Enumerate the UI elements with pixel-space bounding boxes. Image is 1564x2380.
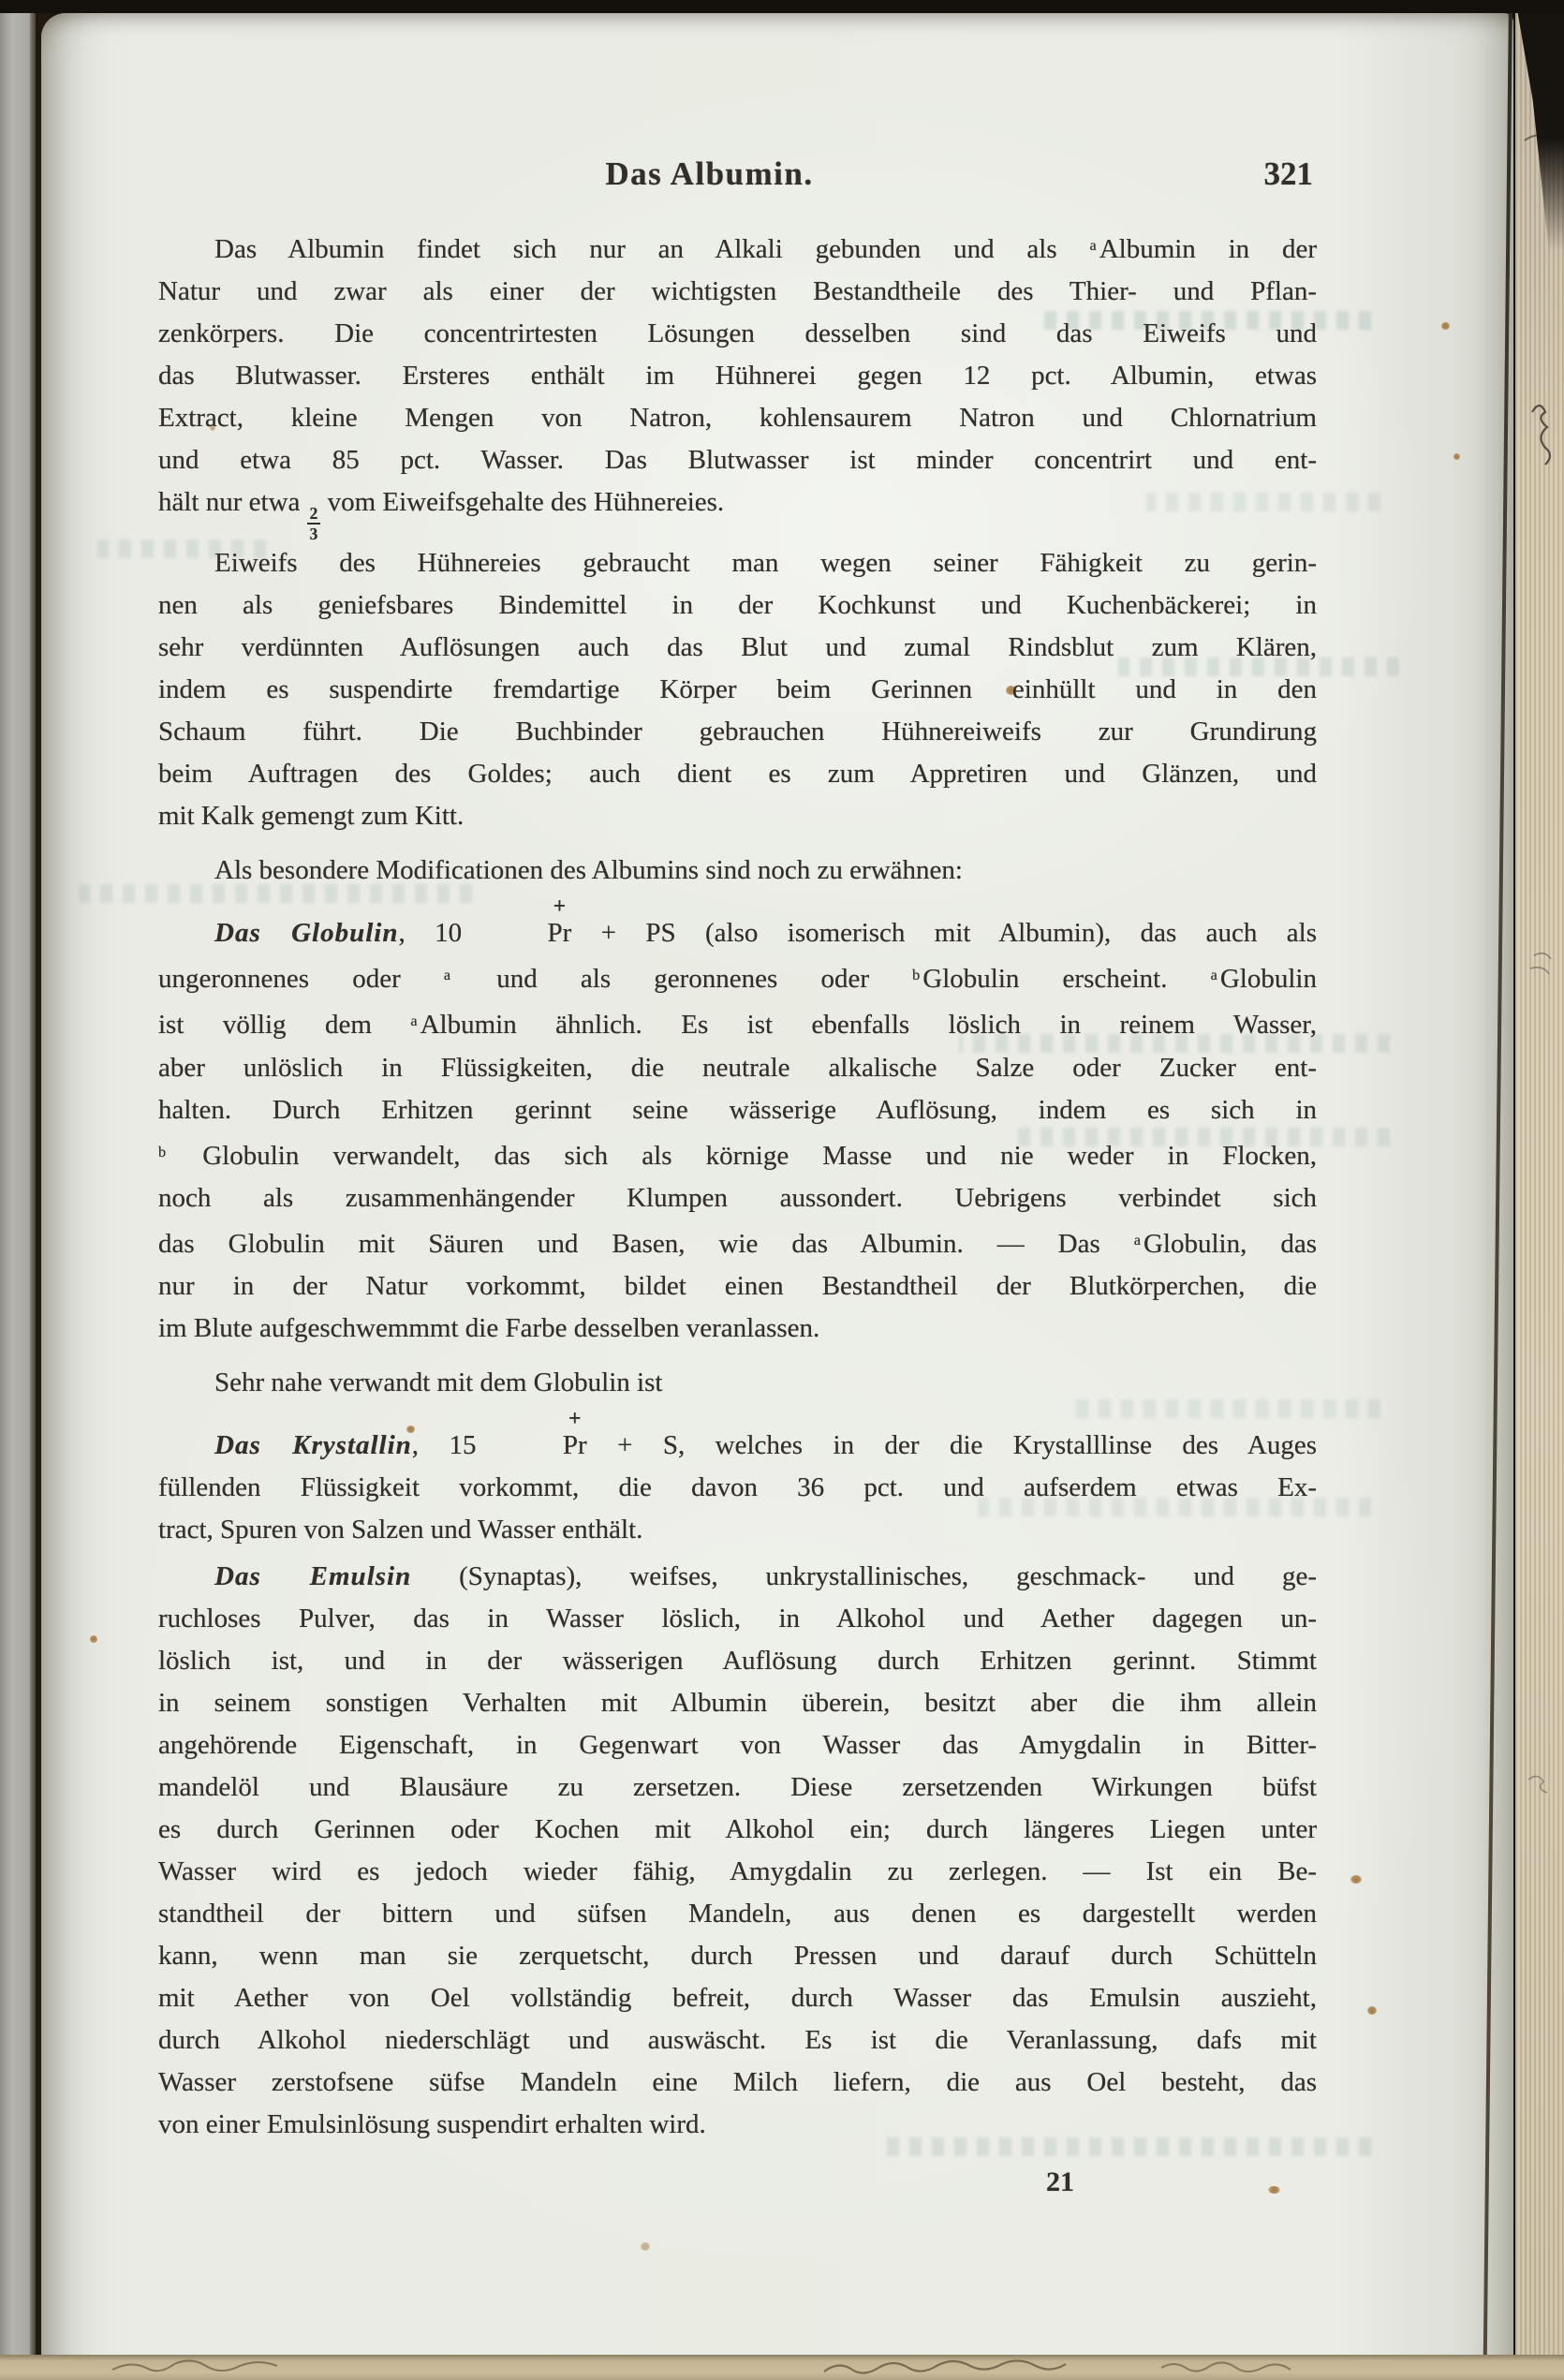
- text-line: in seinem sonstigen Verhalten mit Albumi…: [158, 1682, 1317, 1724]
- para-modifications-lead: Als besondere Modificationen des Albumin…: [158, 850, 1317, 892]
- book-scan-page: Das Albumin. 321 Das Albumin findet sich…: [0, 0, 1564, 2380]
- text-line: es durch Gerinnen oder Kochen mit Alkoho…: [158, 1809, 1317, 1851]
- foxing-spot: [1350, 1875, 1362, 1884]
- page-edge-stack: [1515, 0, 1564, 2380]
- term-lead-in: Das Globulin: [214, 918, 398, 948]
- superscript-letter: a: [410, 1013, 417, 1029]
- text-line: beim Auftragen des Goldes; auch dient es…: [158, 753, 1317, 795]
- handwriting-marks: [0, 2355, 1564, 2380]
- text-line: indem es suspendirte fremdartige Körper …: [158, 669, 1317, 711]
- running-head: Das Albumin. 321: [158, 155, 1317, 200]
- fraction: 23: [307, 505, 321, 543]
- text-line: tract, Spuren von Salzen und Wasser enth…: [158, 1509, 1317, 1551]
- para-eiweiss-uses: Eiweifs des Hühnereies gebraucht man weg…: [158, 542, 1317, 837]
- text-line: angehörende Eigenschaft, in Gegenwart vo…: [158, 1724, 1317, 1767]
- text-line: Eiweifs des Hühnereies gebraucht man weg…: [158, 542, 1317, 584]
- text-line: standtheil der bittern und süfsen Mandel…: [158, 1893, 1317, 1935]
- foxing-spot: [90, 1635, 97, 1643]
- superscript-letter: a: [444, 967, 450, 983]
- para-globulin: Das Globulin, 10 +Pr + PS (also isomeris…: [158, 912, 1317, 1349]
- text-block: Das Albumin. 321 Das Albumin findet sich…: [158, 13, 1317, 2380]
- text-line: Natur und zwar als einer der wichtigsten…: [158, 271, 1317, 313]
- text-line: b Globulin verwandelt, das sich als körn…: [158, 1131, 1317, 1177]
- page-number: 321: [1264, 155, 1314, 193]
- text-line: Sehr nahe verwandt mit dem Globulin ist: [158, 1362, 1317, 1404]
- page-paper: Das Albumin. 321 Das Albumin findet sich…: [41, 13, 1513, 2380]
- foxing-spot: [1441, 322, 1450, 330]
- text-line: von einer Emulsinlösung suspendirt erhal…: [158, 2104, 1317, 2146]
- superscript-letter: a: [1089, 237, 1096, 254]
- para-emulsin: Das Emulsin (Synaptas), weifses, unkryst…: [158, 1556, 1317, 2146]
- para-globulin-bridge: Sehr nahe verwandt mit dem Globulin ist: [158, 1362, 1317, 1404]
- text-line: nen als geniefsbares Bindemittel in der …: [158, 584, 1317, 627]
- text-line: Als besondere Modificationen des Albumin…: [158, 850, 1317, 892]
- superscript-letter: a: [1211, 967, 1217, 983]
- text-line: sehr verdünnten Auflösungen auch das Blu…: [158, 627, 1317, 669]
- text-line: halten. Durch Erhitzen gerinnt seine wäs…: [158, 1089, 1317, 1131]
- superscript-letter: b: [158, 1144, 166, 1160]
- text-line: Wasser wird es jedoch wieder fähig, Amyg…: [158, 1851, 1317, 1893]
- text-line: mandelöl und Blausäure zu zersetzen. Die…: [158, 1767, 1317, 1809]
- superscript-letter: a: [1134, 1232, 1141, 1249]
- text-line: löslich ist, und in der wässerigen Auflö…: [158, 1640, 1317, 1682]
- running-head-title: Das Albumin.: [158, 155, 1261, 193]
- text-line: und etwa 85 pct. Wasser. Das Blutwasser …: [158, 439, 1317, 481]
- text-line: im Blute aufgeschwemmmt die Farbe dessel…: [158, 1308, 1317, 1350]
- text-line: noch als zusammenhängender Klumpen ausso…: [158, 1177, 1317, 1220]
- book-bottom-edge: [0, 2355, 1564, 2380]
- text-line: Schaum führt. Die Buchbinder gebrauchen …: [158, 711, 1317, 753]
- para-krystallin: Das Krystallin, 15 +Pr + S, welches in d…: [158, 1425, 1317, 1551]
- chemical-symbol-plus-over: +Pr: [491, 912, 571, 954]
- chemical-symbol-plus-over: +Pr: [507, 1425, 587, 1467]
- term-lead-in: Das Krystallin: [214, 1430, 412, 1460]
- body-text: Das Albumin findet sich nur an Alkali ge…: [158, 225, 1317, 2146]
- text-line: kann, wenn man sie zerquetscht, durch Pr…: [158, 1935, 1317, 1977]
- text-line: Extract, kleine Mengen von Natron, kohle…: [158, 397, 1317, 439]
- text-line: Wasser zerstofsene süfse Mandeln eine Mi…: [158, 2062, 1317, 2104]
- text-line: Das Albumin findet sich nur an Alkali ge…: [158, 225, 1317, 271]
- text-line: füllenden Flüssigkeit vorkommt, die davo…: [158, 1467, 1317, 1509]
- text-line: Das Emulsin (Synaptas), weifses, unkryst…: [158, 1556, 1317, 1598]
- text-line: ruchloses Pulver, das in Wasser löslich,…: [158, 1598, 1317, 1640]
- text-line: aber unlöslich in Flüssigkeiten, die neu…: [158, 1047, 1317, 1089]
- scanner-background-top: [0, 0, 1564, 13]
- term-lead-in: Das Emulsin: [214, 1561, 411, 1591]
- text-line: hält nur etwa 23 vom Eiweifsgehalte des …: [158, 481, 1317, 542]
- text-line: durch Alkohol niederschlägt und auswäsch…: [158, 2019, 1317, 2062]
- text-line: mit Kalk gemengt zum Kitt.: [158, 795, 1317, 837]
- text-line: Das Globulin, 10 +Pr + PS (also isomeris…: [158, 912, 1317, 954]
- text-line: zenkörpers. Die concentrirtesten Lösunge…: [158, 313, 1317, 355]
- foxing-spot: [1367, 2006, 1377, 2015]
- text-line: Das Krystallin, 15 +Pr + S, welches in d…: [158, 1425, 1317, 1467]
- signature-mark: 21: [158, 2166, 1317, 2198]
- text-line: mit Aether von Oel vollständig befreit, …: [158, 1977, 1317, 2019]
- foxing-spot: [1453, 453, 1460, 460]
- para-intro-albumin: Das Albumin findet sich nur an Alkali ge…: [158, 225, 1317, 542]
- text-line: nur in der Natur vorkommt, bildet einen …: [158, 1265, 1317, 1308]
- superscript-letter: b: [912, 967, 920, 983]
- text-line: ist völlig dem aAlbumin ähnlich. Es ist …: [158, 1000, 1317, 1046]
- text-line: ungeronnenes oder a und als geronnenes o…: [158, 954, 1317, 1000]
- text-line: das Blutwasser. Ersteres enthält im Hühn…: [158, 355, 1317, 397]
- text-line: das Globulin mit Säuren und Basen, wie d…: [158, 1220, 1317, 1265]
